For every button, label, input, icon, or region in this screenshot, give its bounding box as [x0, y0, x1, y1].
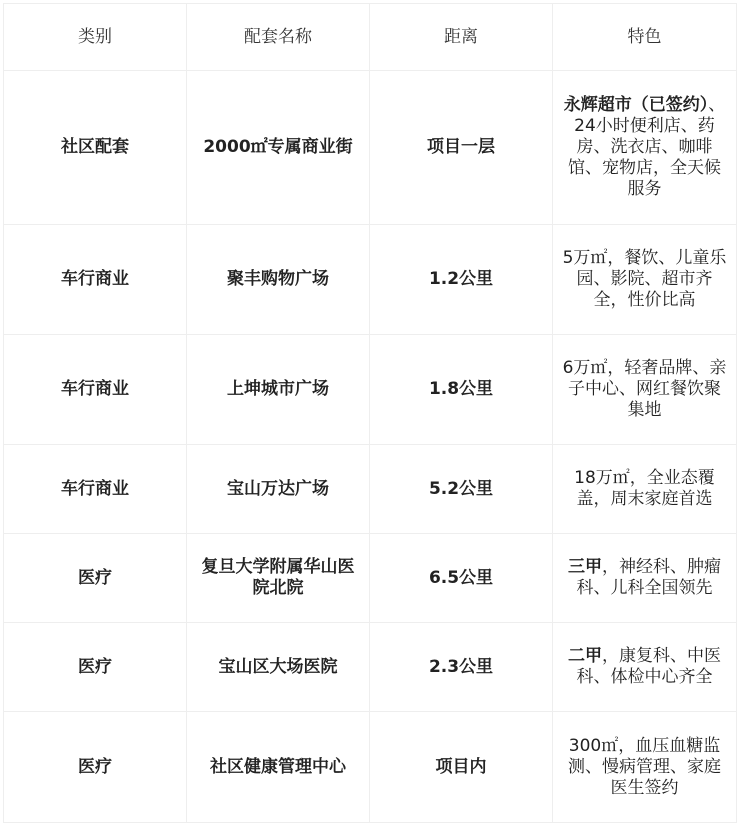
- cell-name: 社区健康管理中心: [187, 712, 370, 823]
- table-row: 医疗 宝山区大场医院 2.3公里 二甲，康复科、中医科、体检中心齐全: [4, 623, 737, 712]
- feature-text: 18万㎡，全业态覆盖，周末家庭首选: [574, 468, 715, 509]
- cell-name: 宝山区大场医院: [187, 623, 370, 712]
- cell-category: 医疗: [4, 712, 187, 823]
- feature-highlight: 二甲: [568, 646, 602, 666]
- table-row: 医疗 复旦大学附属华山医院北院 6.5公里 三甲，神经科、肿瘤科、儿科全国领先: [4, 534, 737, 623]
- header-feature: 特色: [553, 4, 737, 71]
- feature-text: 300㎡，血压血糖监测、慢病管理、家庭医生签约: [568, 736, 721, 798]
- feature-highlight: 三甲: [568, 557, 602, 577]
- cell-feature: 300㎡，血压血糖监测、慢病管理、家庭医生签约: [553, 712, 737, 823]
- header-name: 配套名称: [187, 4, 370, 71]
- cell-category: 医疗: [4, 623, 187, 712]
- table-row: 车行商业 聚丰购物广场 1.2公里 5万㎡，餐饮、儿童乐园、影院、超市齐全，性价…: [4, 225, 737, 335]
- header-category: 类别: [4, 4, 187, 71]
- table-row: 车行商业 上坤城市广场 1.8公里 6万㎡，轻奢品牌、亲子中心、网红餐饮聚集地: [4, 335, 737, 445]
- cell-name: 上坤城市广场: [187, 335, 370, 445]
- cell-name: 2000㎡专属商业街: [187, 71, 370, 225]
- cell-distance: 项目内: [370, 712, 553, 823]
- cell-distance: 6.5公里: [370, 534, 553, 623]
- table-row: 车行商业 宝山万达广场 5.2公里 18万㎡，全业态覆盖，周末家庭首选: [4, 445, 737, 534]
- cell-distance: 5.2公里: [370, 445, 553, 534]
- cell-name: 复旦大学附属华山医院北院: [187, 534, 370, 623]
- cell-category: 车行商业: [4, 225, 187, 335]
- cell-feature: 6万㎡，轻奢品牌、亲子中心、网红餐饮聚集地: [553, 335, 737, 445]
- cell-category: 车行商业: [4, 335, 187, 445]
- feature-highlight: 永辉超市（已签约）: [564, 95, 709, 115]
- cell-feature: 18万㎡，全业态覆盖，周末家庭首选: [553, 445, 737, 534]
- cell-distance: 项目一层: [370, 71, 553, 225]
- cell-distance: 2.3公里: [370, 623, 553, 712]
- cell-feature: 5万㎡，餐饮、儿童乐园、影院、超市齐全，性价比高: [553, 225, 737, 335]
- feature-text: 5万㎡，餐饮、儿童乐园、影院、超市齐全，性价比高: [563, 248, 727, 310]
- amenities-table: 类别 配套名称 距离 特色 社区配套 2000㎡专属商业街 项目一层 永辉超市（…: [3, 3, 737, 823]
- header-row: 类别 配套名称 距离 特色: [4, 4, 737, 71]
- cell-feature: 永辉超市（已签约）、24小时便利店、药房、洗衣店、咖啡馆、宠物店，全天候服务: [553, 71, 737, 225]
- feature-text: 6万㎡，轻奢品牌、亲子中心、网红餐饮聚集地: [563, 358, 727, 420]
- cell-name: 宝山万达广场: [187, 445, 370, 534]
- table-row: 医疗 社区健康管理中心 项目内 300㎡，血压血糖监测、慢病管理、家庭医生签约: [4, 712, 737, 823]
- cell-category: 社区配套: [4, 71, 187, 225]
- cell-feature: 三甲，神经科、肿瘤科、儿科全国领先: [553, 534, 737, 623]
- cell-category: 医疗: [4, 534, 187, 623]
- cell-feature: 二甲，康复科、中医科、体检中心齐全: [553, 623, 737, 712]
- header-distance: 距离: [370, 4, 553, 71]
- cell-distance: 1.2公里: [370, 225, 553, 335]
- cell-distance: 1.8公里: [370, 335, 553, 445]
- cell-name: 聚丰购物广场: [187, 225, 370, 335]
- table-row: 社区配套 2000㎡专属商业街 项目一层 永辉超市（已签约）、24小时便利店、药…: [4, 71, 737, 225]
- cell-category: 车行商业: [4, 445, 187, 534]
